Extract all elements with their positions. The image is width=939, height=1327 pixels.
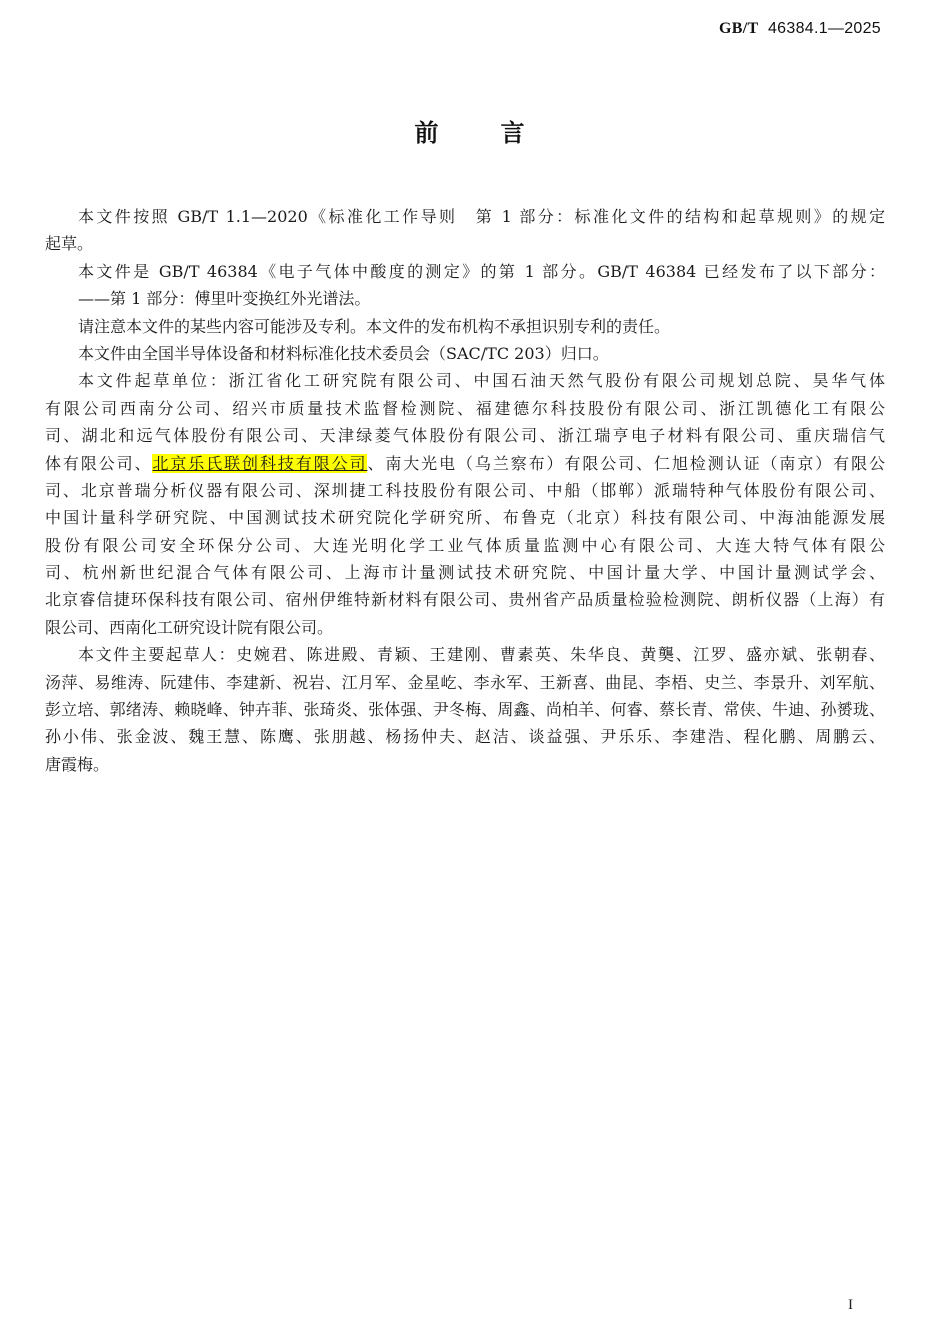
title-char-1: 前 (415, 113, 439, 148)
paragraph-drafting-rules: 本文件按照 GB/T 1.1—2020《标准化工作导则 第 1 部分：标准化文件… (45, 203, 885, 258)
text-line: 北京睿信捷环保科技有限公司、宿州伊维特新材料有限公司、贵州省产品质量检验检测院、… (45, 586, 885, 613)
paragraph-parts: 本文件是 GB/T 46384《电子气体中酸度的测定》的第 1 部分。GB/T … (45, 258, 885, 313)
text-line: 唐霞梅。 (45, 751, 885, 778)
text-segment: 体有限公司、 (45, 454, 152, 473)
text-segment: 、南大光电（乌兰察布）有限公司、仁旭检测认证（南京）有限公 (367, 454, 885, 473)
text-line: ——第 1 部分：傅里叶变换红外光谱法。 (45, 285, 885, 312)
text-line: 司、湖北和远气体股份有限公司、天津绿菱气体股份有限公司、浙江瑞亨电子材料有限公司… (45, 422, 885, 449)
text-line: 本文件按照 GB/T 1.1—2020《标准化工作导则 第 1 部分：标准化文件… (45, 203, 885, 230)
text-line: 汤萍、易维涛、阮建伟、李建新、祝岩、江月军、金星屹、李永军、王新喜、曲昆、李梧、… (45, 669, 885, 696)
text-line: 本文件起草单位：浙江省化工研究院有限公司、中国石油天然气股份有限公司规划总院、昊… (45, 367, 885, 394)
paragraph-drafting-units: 本文件起草单位：浙江省化工研究院有限公司、中国石油天然气股份有限公司规划总院、昊… (45, 367, 885, 641)
paragraph-patent-notice: 请注意本文件的某些内容可能涉及专利。本文件的发布机构不承担识别专利的责任。 (45, 313, 885, 340)
page-number: I (848, 1297, 853, 1314)
text-line: 股份有限公司安全环保分公司、大连光明化学工业气体质量监测中心有限公司、大连大特气… (45, 532, 885, 559)
text-line: 起草。 (45, 230, 885, 257)
standard-number: GB/T 46384.1—2025 (719, 20, 881, 38)
text-line: 体有限公司、北京乐氏联创科技有限公司、南大光电（乌兰察布）有限公司、仁旭检测认证… (45, 450, 885, 477)
text-line: 限公司、西南化工研究设计院有限公司。 (45, 614, 885, 641)
standard-number-value: 46384.1—2025 (768, 20, 881, 37)
standard-code: GB/T (719, 20, 758, 37)
text-line: 司、杭州新世纪混合气体有限公司、上海市计量测试技术研究院、中国计量大学、中国计量… (45, 559, 885, 586)
page-title: 前言 (0, 113, 939, 148)
text-line: 本文件主要起草人：史婉君、陈进殿、青颖、王建刚、曹素英、朱华良、黄龑、江罗、盛亦… (45, 641, 885, 668)
highlighted-company-name[interactable]: 北京乐氏联创科技有限公司 (152, 454, 367, 473)
text-line: 孙小伟、张金波、魏王慧、陈鹰、张朋越、杨扬仲夫、赵洁、谈益强、尹乐乐、李建浩、程… (45, 723, 885, 750)
title-char-2: 言 (501, 113, 525, 148)
text-line: 本文件是 GB/T 46384《电子气体中酸度的测定》的第 1 部分。GB/T … (45, 258, 885, 285)
text-line: 有限公司西南分公司、绍兴市质量技术监督检测院、福建德尔科技股份有限公司、浙江凯德… (45, 395, 885, 422)
foreword-body: 本文件按照 GB/T 1.1—2020《标准化工作导则 第 1 部分：标准化文件… (45, 203, 885, 778)
paragraph-drafters: 本文件主要起草人：史婉君、陈进殿、青颖、王建刚、曹素英、朱华良、黄龑、江罗、盛亦… (45, 641, 885, 778)
paragraph-committee: 本文件由全国半导体设备和材料标准化技术委员会（SAC/TC 203）归口。 (45, 340, 885, 367)
text-line: 司、北京普瑞分析仪器有限公司、深圳捷工科技股份有限公司、中船（邯郸）派瑞特种气体… (45, 477, 885, 504)
text-line: 中国计量科学研究院、中国测试技术研究院化学研究所、布鲁克（北京）科技有限公司、中… (45, 504, 885, 531)
text-line: 彭立培、郭绪涛、赖晓峰、钟卉菲、张琦炎、张体强、尹冬梅、周鑫、尚柏羊、何睿、蔡长… (45, 696, 885, 723)
